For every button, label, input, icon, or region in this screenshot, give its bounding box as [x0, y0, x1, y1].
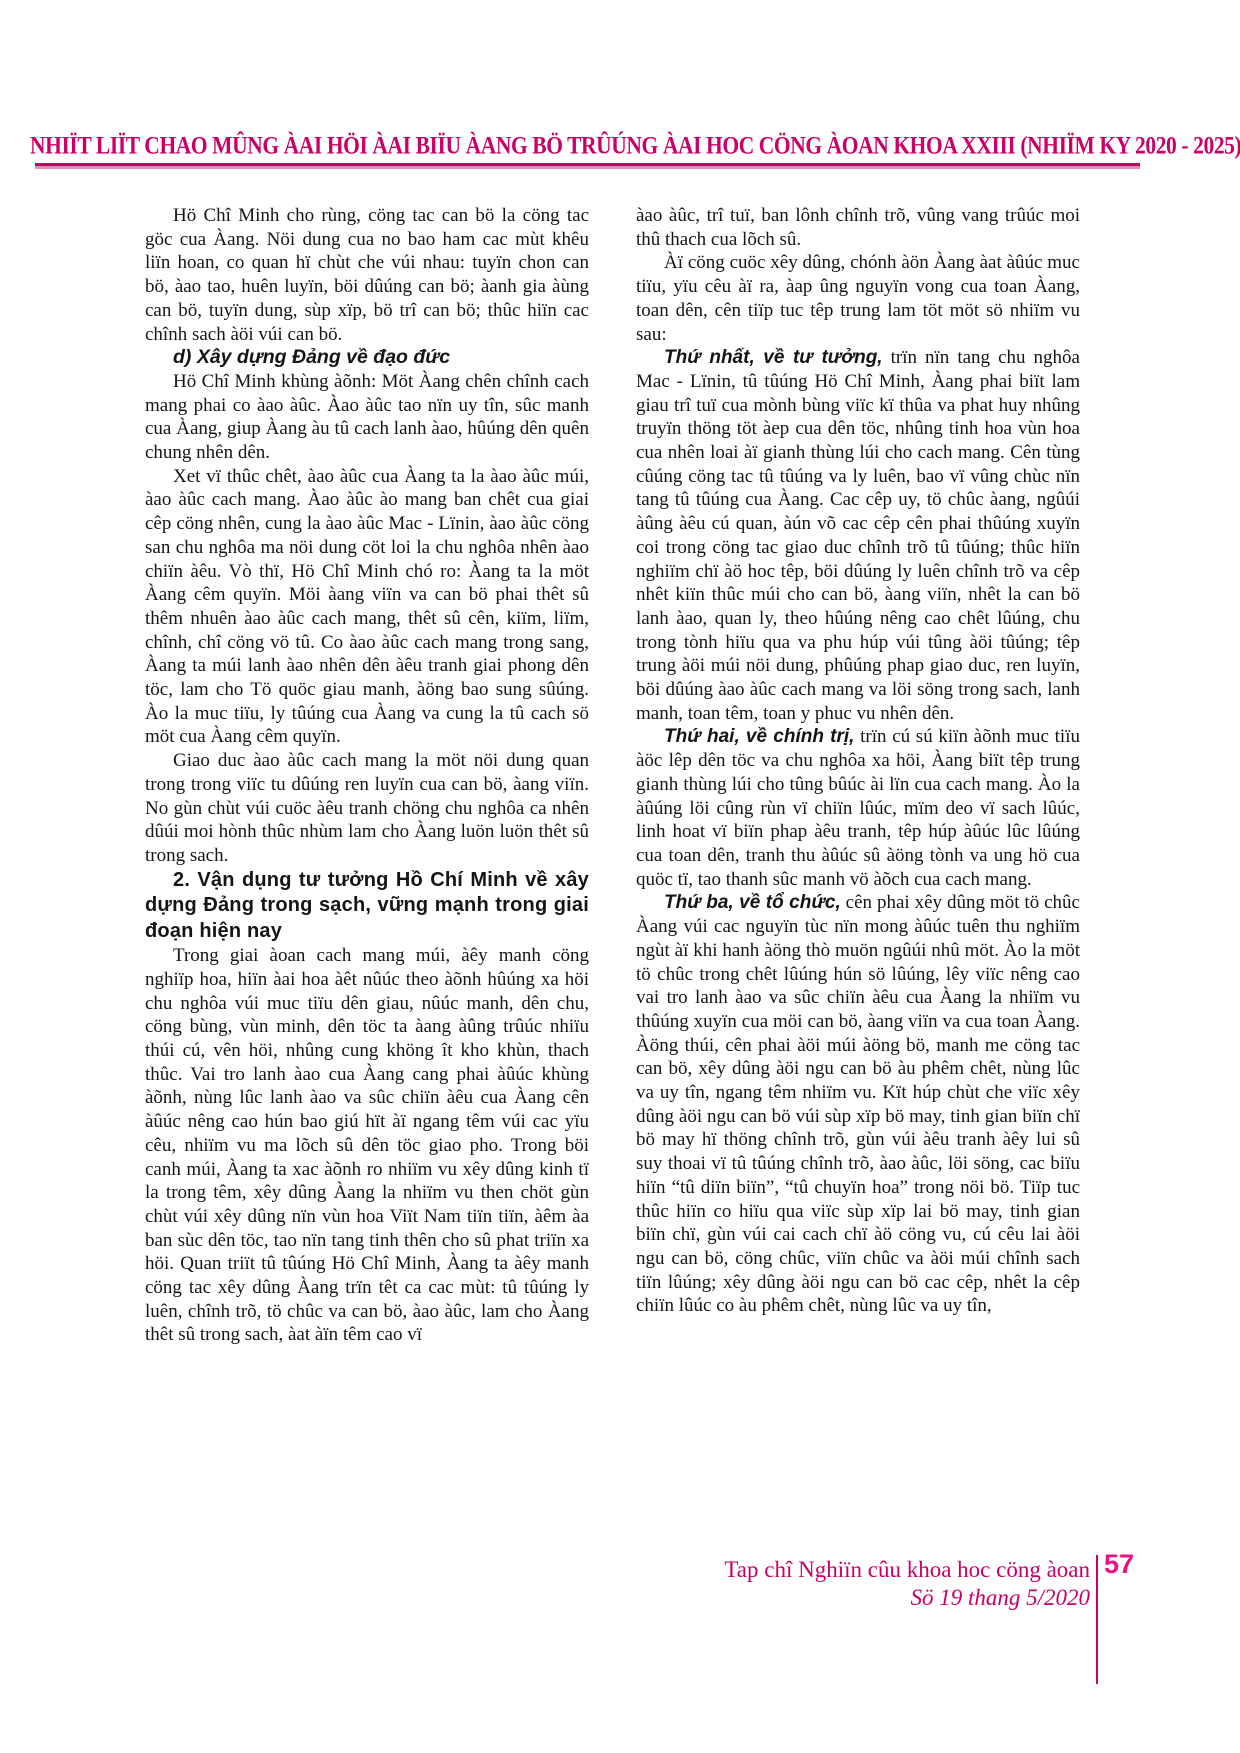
footer-vertical-divider: [1096, 1555, 1098, 1684]
footer-journal-title: Tap chî Nghiïn cûu khoa hoc cöng àoan: [724, 1557, 1090, 1583]
paragraph-text: trïn nïn tang chu nghôa Mac - Lïnin, tû …: [636, 347, 1080, 724]
paragraph-thu-ba: Thứ ba, về tổ chức, cên phai xêy dûng mö…: [636, 891, 1080, 1318]
header-banner: NHIÏT LIÏT CHAO MÛNG ÀAI HÖI ÀAI BIÏU ÀA…: [30, 131, 1140, 161]
italic-lead: Thứ hai, về chính trị,: [664, 726, 854, 747]
section-heading-2: 2. Vận dụng tư tưởng Hồ Chí Minh về xây …: [145, 868, 589, 945]
paragraph-thu-hai: Thứ hai, về chính trị, trïn cú sú kiïn à…: [636, 725, 1080, 891]
text-column-left: Hö Chî Minh cho rùng, cöng tac can bö la…: [145, 204, 589, 1547]
paragraph-text: trïn cú sú kiïn àõnh muc tiïu àöc lêp dê…: [636, 726, 1080, 889]
paragraph: Àï cöng cuöc xêy dûng, chónh àön Àang àa…: [636, 251, 1080, 346]
header-rule-divider: [35, 163, 1140, 169]
paragraph: Xet vï thûc chêt, àao àûc cua Àang ta la…: [145, 465, 589, 749]
paragraph: Hö Chî Minh khùng àõnh: Möt Àang chên ch…: [145, 370, 589, 465]
footer-issue-info: Sö 19 thang 5/2020: [910, 1585, 1090, 1611]
text-column-right: àao àûc, trî tuï, ban lônh chînh trõ, vû…: [636, 204, 1080, 1547]
paragraph-continuation: àao àûc, trî tuï, ban lônh chînh trõ, vû…: [636, 204, 1080, 251]
paragraph: Trong giai àoan cach mang múi, àêy manh …: [145, 944, 589, 1347]
paragraph: Giao duc àao àûc cach mang la möt nöi du…: [145, 749, 589, 868]
paragraph: Hö Chî Minh cho rùng, cöng tac can bö la…: [145, 204, 589, 346]
italic-lead: Thứ nhất, về tư tưởng,: [664, 347, 883, 368]
journal-page: NHIÏT LIÏT CHAO MÛNG ÀAI HÖI ÀAI BIÏU ÀA…: [0, 0, 1240, 1753]
page-number: 57: [1104, 1549, 1134, 1580]
italic-lead: Thứ ba, về tổ chức,: [664, 892, 841, 913]
subsection-heading-d: d) Xây dựng Đảng về đạo đức: [145, 346, 589, 370]
paragraph-text: cên phai xêy dûng möt tö chûc Àang vúi c…: [636, 892, 1080, 1316]
paragraph-thu-nhat: Thứ nhất, về tư tưởng, trïn nïn tang chu…: [636, 346, 1080, 725]
